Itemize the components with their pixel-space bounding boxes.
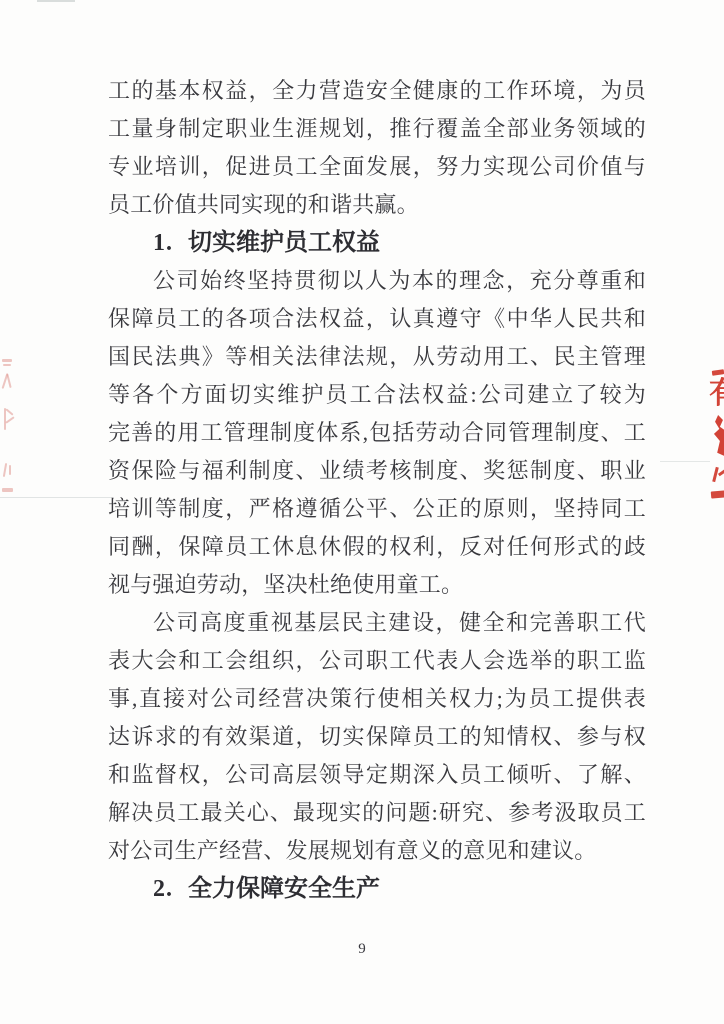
- seal-smudge-stroke: [6, 374, 11, 388]
- body-text-line: 和监督权，公司高层领导定期深入员工倾听、了解、: [108, 756, 646, 794]
- section-2-title: 全力保障安全生产: [188, 876, 380, 902]
- body-text-line: 达诉求的有效渠道，切实保障员工的知情权、参与权: [108, 718, 646, 756]
- scan-artifact-right-line: [660, 461, 710, 462]
- seal-smudge-stroke: [5, 416, 14, 423]
- body-text-line: 解决员工最关心、最现实的问题:研究、参考汲取员工: [108, 794, 646, 832]
- seal-stroke: [711, 490, 724, 498]
- seal-smudge-stroke: [2, 359, 12, 362]
- body-text-line: 工的基本权益，全力营造安全健康的工作环境，为员: [108, 72, 646, 110]
- scanned-document-page: 有 工的基本权益，全力营造安全健康的工作环境，为员 工量身制定职业生涯规划，推行…: [0, 0, 724, 1024]
- section-1-title: 切实维护员工权益: [188, 230, 380, 256]
- body-text-line: 公司始终坚持贯彻以人为本的理念，充分尊重和: [108, 262, 646, 300]
- body-text-line: 资保险与福利制度、业绩考核制度、奖惩制度、职业: [108, 452, 646, 490]
- body-text-line: 视与强迫劳动，坚决杜绝使用童工。: [108, 566, 646, 604]
- red-seal-fragment-right: 有: [704, 365, 724, 505]
- seal-smudge-stroke: [5, 408, 13, 415]
- section-1-number: 1.: [153, 230, 173, 256]
- body-text-line: 保障员工的各项合法权益，认真遵守《中华人民共和: [108, 300, 646, 338]
- seal-smudge-stroke: [3, 463, 7, 477]
- seal-brush-stroke: [710, 415, 724, 457]
- body-text-line: 专业培训，促进员工全面发展，努力实现公司价值与: [108, 148, 646, 186]
- seal-smudge-stroke: [9, 465, 11, 475]
- body-text-line: 培训等制度，严格遵循公平、公正的原则，坚持同工: [108, 490, 646, 528]
- section-2-number: 2.: [153, 876, 173, 902]
- body-text-line: 表大会和工会组织，公司职工代表人会选举的职工监: [108, 642, 646, 680]
- body-text-line: 国民法典》等相关法律法规，从劳动用工、民主管理: [108, 338, 646, 376]
- seal-smudge-stroke: [2, 488, 13, 492]
- section-2-heading: 2.全力保障安全生产: [108, 870, 646, 908]
- document-body: 工的基本权益，全力营造安全健康的工作环境，为员 工量身制定职业生涯规划，推行覆盖…: [108, 72, 646, 908]
- body-text-line: 完善的用工管理制度体系,包括劳动合同管理制度、工: [108, 414, 646, 452]
- body-text-line: 事,直接对公司经营决策行使相关权力;为员工提供表: [108, 680, 646, 718]
- body-text-line: 等各个方面切实维护员工合法权益:公司建立了较为: [108, 376, 646, 414]
- scan-artifact-top-line: [37, 0, 75, 2]
- seal-smudge-stroke: [4, 408, 6, 430]
- body-text-line: 对公司生产经营、发展规划有意义的意见和建议。: [108, 832, 646, 870]
- seal-character: 有: [709, 378, 724, 410]
- body-text-line: 公司高度重视基层民主建设，健全和完善职工代: [108, 604, 646, 642]
- section-1-heading: 1.切实维护员工权益: [108, 224, 646, 262]
- seal-smudge-stroke: [3, 364, 11, 366]
- red-seal-smudge-left: [0, 355, 16, 500]
- seal-stroke: [712, 369, 724, 376]
- body-text-line: 工量身制定职业生涯规划，推行覆盖全部业务领域的: [108, 110, 646, 148]
- body-text-line: 员工价值共同实现的和谐共赢。: [108, 186, 646, 224]
- scan-artifact-left-line: [0, 497, 112, 498]
- page-number: 9: [0, 941, 724, 958]
- seal-stroke: [718, 469, 724, 477]
- body-text-line: 同酬，保障员工休息休假的权利，反对任何形式的歧: [108, 528, 646, 566]
